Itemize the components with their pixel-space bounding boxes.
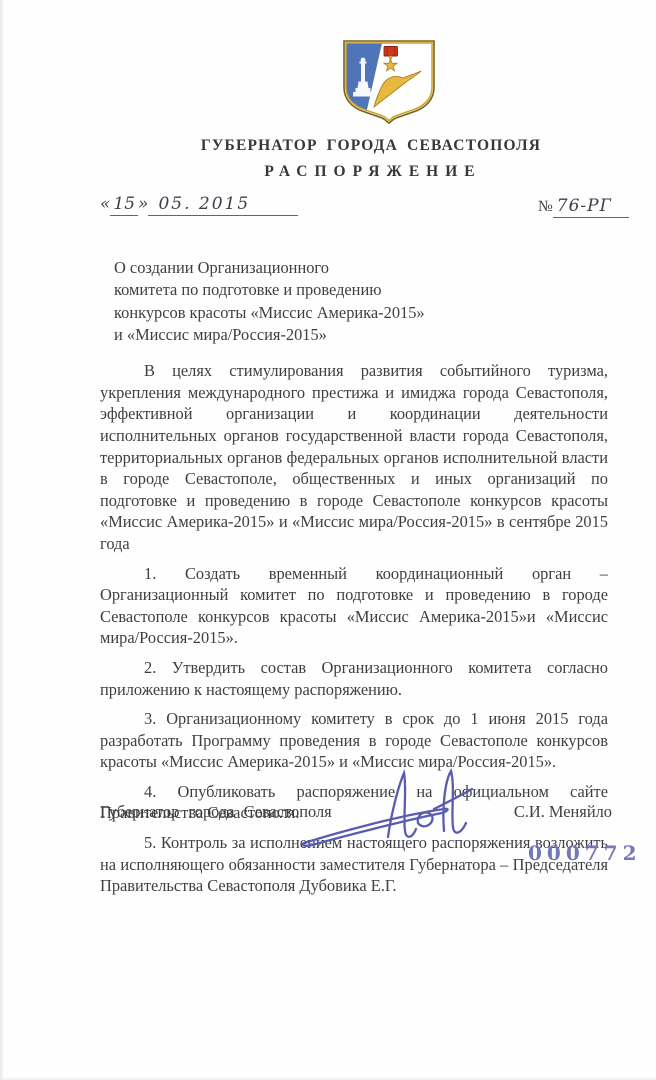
date-day: 15 <box>110 194 138 216</box>
signatory-name: С.И. Меняйло <box>514 802 612 822</box>
subject-line: комитета по подготовке и проведению <box>114 279 494 301</box>
date-number-row: «15»05. 2015 №76-РГ <box>0 194 656 224</box>
date-field: «15»05. 2015 <box>100 194 298 216</box>
subject-line: и «Миссис мира/Россия-2015» <box>114 324 494 346</box>
number-value: 76-РГ <box>553 196 629 218</box>
date-month-year: 05. 2015 <box>148 194 298 216</box>
subject-block: О создании Организационного комитета по … <box>114 257 494 346</box>
date-closing-quote: » <box>138 194 148 214</box>
number-label: № <box>538 198 553 215</box>
document-page: ГУБЕРНАТОР ГОРОДА СЕВАСТОПОЛЯ РАСПОРЯЖЕН… <box>0 0 656 1080</box>
number-field: №76-РГ <box>538 196 629 218</box>
handwritten-signature-icon <box>296 763 478 862</box>
stamp-number: 000772 <box>528 841 642 865</box>
coat-of-arms-sevastopol-icon <box>336 37 442 130</box>
org-header: ГУБЕРНАТОР ГОРОДА СЕВАСТОПОЛЯ <box>100 137 642 155</box>
preamble-paragraph: В целях стимулирования развития событийн… <box>100 360 608 554</box>
order-item-2: 2. Утвердить состав Организационного ком… <box>100 657 608 700</box>
subject-line: О создании Организационного <box>114 257 494 279</box>
date-opening-quote: « <box>100 194 110 214</box>
subject-line: конкурсов красоты «Миссис Америка-2015» <box>114 302 494 324</box>
order-item-1: 1. Создать временный координационный орг… <box>100 563 608 649</box>
doc-type-title: РАСПОРЯЖЕНИЕ <box>100 163 646 181</box>
